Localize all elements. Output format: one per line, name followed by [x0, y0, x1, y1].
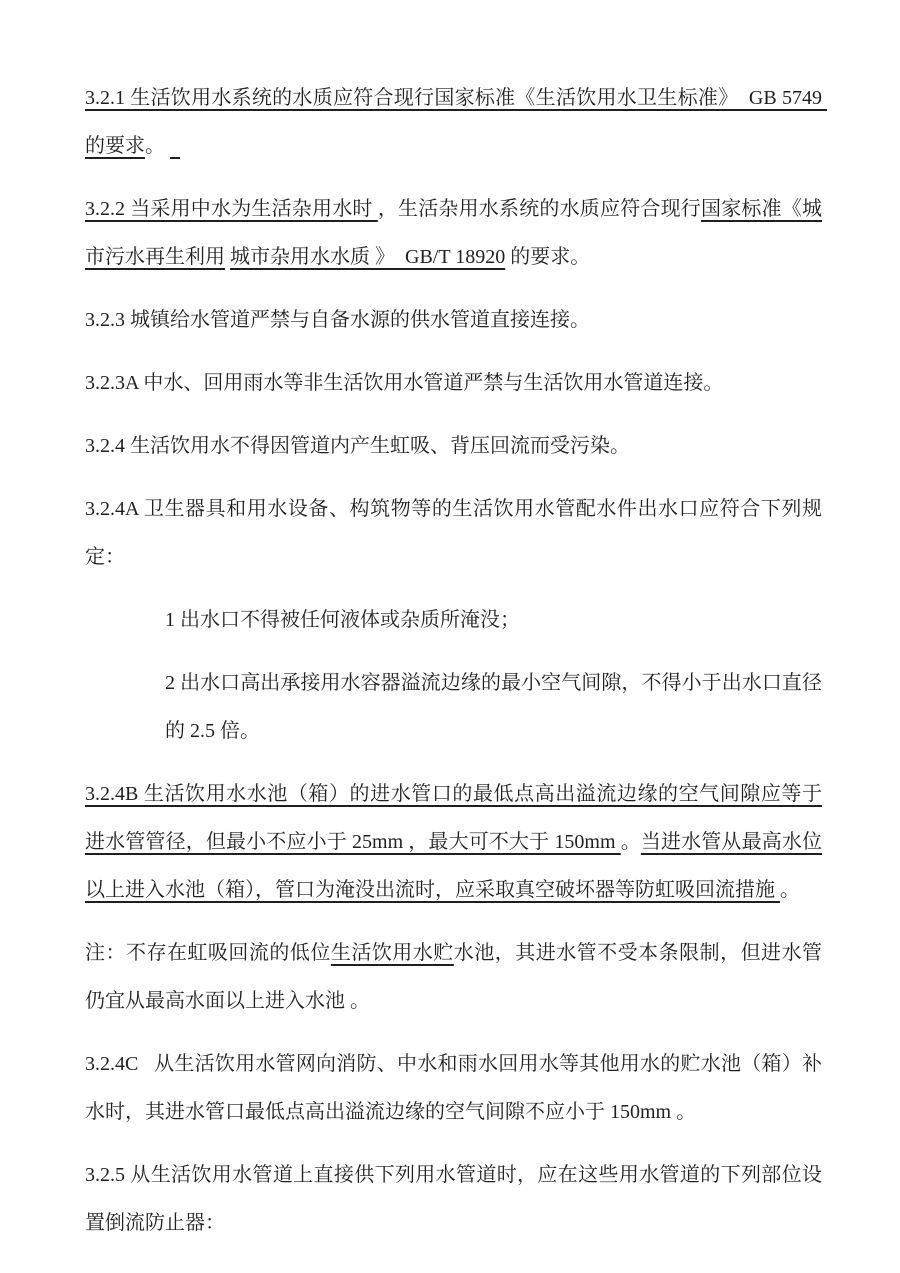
underlined-text-run: 城市杂用水水质 》 GB/T 18920 — [230, 246, 505, 268]
paragraph-3.2.1: 3.2.1 生活饮用水系统的水质应符合现行国家标准《生活饮用水卫生标准》 GB … — [85, 74, 822, 170]
paragraph-3.2.3: 3.2.3 城镇给水管道严禁与自备水源的供水管道直接连接。 — [85, 296, 822, 344]
paragraph-3.2.4: 3.2.4 生活饮用水不得因管道内产生虹吸、背压回流而受污染。 — [85, 422, 822, 470]
underlined-text-run: 生活饮用水贮 — [331, 942, 454, 964]
paragraph-3.2.4A: 3.2.4A 卫生器具和用水设备、构筑物等的生活饮用水管配水件出水口应符合下列规… — [85, 485, 822, 581]
underlined-text-run: 3.2.1 生活饮用水系统的水质应符合现行国家标准《生活饮用水卫生标准》 GB … — [85, 87, 827, 157]
text-run: 2 出水口高出承接用水容器溢流边缘的最小空气间隙，不得小于出水口直径的 2.5 … — [165, 672, 822, 742]
paragraph-3.2.3A: 3.2.3A 中水、回用雨水等非生活饮用水管道严禁与生活饮用水管道连接。 — [85, 359, 822, 407]
document-page: 3.2.1 生活饮用水系统的水质应符合现行国家标准《生活饮用水卫生标准》 GB … — [0, 0, 900, 1273]
text-run: 3.2.4A 卫生器具和用水设备、构筑物等的生活饮用水管配水件出水口应符合下列规… — [85, 498, 822, 568]
paragraph-3.2.4C: 3.2.4C 从生活饮用水管网向消防、中水和雨水回用水等其他用水的贮水池（箱）补… — [85, 1040, 822, 1136]
paragraph-3.2.5: 3.2.5 从生活饮用水管道上直接供下列用水管道时，应在这些用水管道的下列部位设… — [85, 1151, 822, 1247]
text-run: 3.2.3 城镇给水管道严禁与自备水源的供水管道直接连接。 — [85, 309, 590, 331]
paragraph-3.2.4A-item-1: 1 出水口不得被任何液体或杂质所淹没； — [85, 596, 822, 644]
paragraph-note-3.2.4B: 注：不存在虹吸回流的低位生活饮用水贮水池，其进水管不受本条限制，但进水管仍宜从最… — [85, 929, 822, 1025]
text-run: 3.2.5 从生活饮用水管道上直接供下列用水管道时，应在这些用水管道的下列部位设… — [85, 1164, 822, 1234]
underlined-text-run: 3.2.2 当采用中水为生活杂用水时 — [85, 198, 378, 220]
text-run: 3.2.4C 从生活饮用水管网向消防、中水和雨水回用水等其他用水的贮水池（箱）补… — [85, 1053, 822, 1123]
paragraph-3.2.2: 3.2.2 当采用中水为生活杂用水时 ，生活杂用水系统的水质应符合现行国家标准《… — [85, 185, 822, 281]
text-run: 。 — [621, 831, 641, 853]
text-run: 3.2.4 生活饮用水不得因管道内产生虹吸、背压回流而受污染。 — [85, 435, 630, 457]
text-run: 注：不存在虹吸回流的低位 — [85, 942, 331, 964]
text-run: 。 — [780, 879, 800, 901]
text-run: ，生活杂用水系统的水质应符合现行 — [378, 198, 701, 220]
paragraph-3.2.4B: 3.2.4B 生活饮用水水池（箱）的进水管口的最低点高出溢流边缘的空气间隙应等于… — [85, 770, 822, 914]
text-run: 。 — [145, 135, 170, 157]
underlined-text-run — [170, 135, 180, 157]
text-run: 的要求。 — [505, 246, 590, 268]
document-body: 3.2.1 生活饮用水系统的水质应符合现行国家标准《生活饮用水卫生标准》 GB … — [85, 74, 822, 1247]
text-run: 3.2.3A 中水、回用雨水等非生活饮用水管道严禁与生活饮用水管道连接。 — [85, 372, 723, 394]
paragraph-3.2.4A-item-2: 2 出水口高出承接用水容器溢流边缘的最小空气间隙，不得小于出水口直径的 2.5 … — [85, 659, 822, 755]
text-run: 1 出水口不得被任何液体或杂质所淹没； — [165, 609, 520, 631]
